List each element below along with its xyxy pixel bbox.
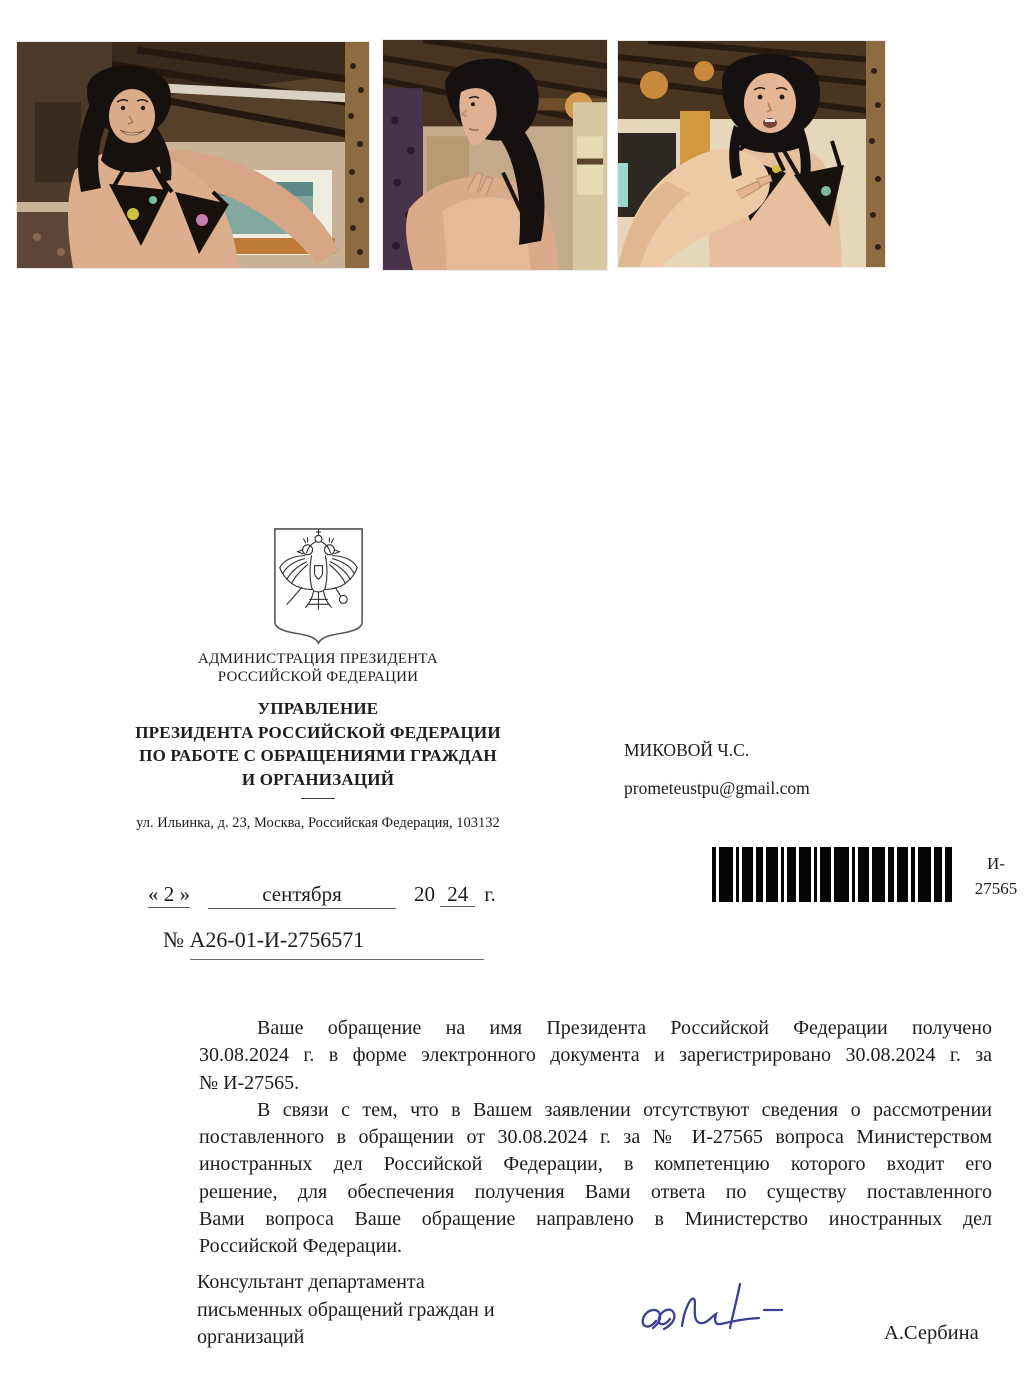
barcode-bar [736,847,739,902]
photo-1 [17,42,369,268]
org-name-line1: АДМИНИСТРАЦИЯ ПРЕЗИДЕНТА [122,651,514,669]
recipient-name: МИКОВОЙ Ч.С. [624,740,749,761]
divider [301,798,335,799]
date-line: « 2 »сентября20 24г. [148,882,496,909]
barcode-bar [712,847,716,902]
barcode-bar [814,847,817,902]
coat-of-arms-icon [271,526,366,645]
date-month: сентября [208,882,396,909]
document-page: АДМИНИСТРАЦИЯ ПРЕЗИДЕНТА РОССИЙСКОЙ ФЕДЕ… [0,0,1028,1394]
date-day: « 2 » [148,882,190,908]
text-line: поставленного в обращении от 30.08.2024 … [199,1124,992,1151]
barcode-bar [872,847,885,902]
date-century: 20 [414,882,435,906]
text-line: Российской Федерации. [199,1233,992,1260]
barcode [712,847,952,902]
photo-2-illustration [383,40,607,270]
text-line: иностранных дел Российской Федерации, в … [199,1151,992,1178]
barcode-label-line1: И- [966,851,1026,876]
paragraph-2: В связи с тем, что в Вашем заявлении отс… [199,1097,992,1261]
barcode-bar [888,847,895,902]
barcode-bar [719,847,734,902]
paragraph-1: Ваше обращение на имя Президента Российс… [199,1015,992,1097]
recipient-email: prometeustpu@gmail.com [624,778,810,799]
text-line: Ваше обращение на имя Президента Российс… [199,1015,992,1042]
text-line: Консультант департамента [197,1269,557,1297]
letter-body: Ваше обращение на имя Президента Российс… [199,1015,992,1261]
barcode-bar [742,847,753,902]
barcode-bar [918,847,931,902]
text-line: Вами вопроса Ваше обращение направлено в… [199,1206,992,1233]
barcode-bar [834,847,849,902]
text-line: ПО РАБОТЕ С ОБРАЩЕНИЯМИ ГРАЖДАН [122,744,514,768]
barcode-label-line2: 27565 [966,876,1026,901]
text-line: В связи с тем, что в Вашем заявлении отс… [199,1097,992,1124]
text-line: 30.08.2024 г. в форме электронного докум… [199,1042,992,1069]
text-line: И ОРГАНИЗАЦИЙ [122,768,514,792]
barcode-label: И- 27565 [966,851,1026,901]
photo-2 [383,40,607,270]
date-era: г. [484,882,496,906]
barcode-bar [756,847,763,902]
barcode-bar [766,847,779,902]
org-name-line2: РОССИЙСКОЙ ФЕДЕРАЦИИ [122,669,514,687]
signer-name: А.Сербина [884,1322,979,1345]
barcode-bar [787,847,796,902]
signer-title: Консультант департаментаписьменных обращ… [197,1269,557,1352]
photo-1-illustration [17,42,369,268]
handwritten-signature-icon [636,1266,796,1351]
photo-3 [618,41,885,267]
barcode-bar [858,847,869,902]
photo-3-illustration [618,41,885,267]
postal-address: ул. Ильинка, д. 23, Москва, Российская Ф… [122,815,514,832]
barcode-bar [934,847,943,902]
text-line: УПРАВЛЕНИЕ [122,697,514,721]
reference-number: № А26-01-И-2756571 [163,927,364,953]
barcode-bar [945,847,952,902]
barcode-bar [852,847,856,902]
text-line: ПРЕЗИДЕНТА РОССИЙСКОЙ ФЕДЕРАЦИИ [122,721,514,745]
letterhead: АДМИНИСТРАЦИЯ ПРЕЗИДЕНТА РОССИЙСКОЙ ФЕДЕ… [122,651,514,832]
barcode-bar [820,847,831,902]
department-name: УПРАВЛЕНИЕПРЕЗИДЕНТА РОССИЙСКОЙ ФЕДЕРАЦИ… [122,697,514,791]
text-line: письменных обращений граждан и [197,1297,557,1325]
reference-underline [190,959,484,960]
barcode-bar [897,847,908,902]
barcode-bar [781,847,784,902]
text-line: организаций [197,1324,557,1352]
text-line: № И-27565. [199,1070,992,1097]
text-line: решение, для обеспечения получения Вами … [199,1179,992,1206]
date-year: 24 [440,882,475,907]
barcode-bar [799,847,812,902]
barcode-bar [911,847,915,902]
